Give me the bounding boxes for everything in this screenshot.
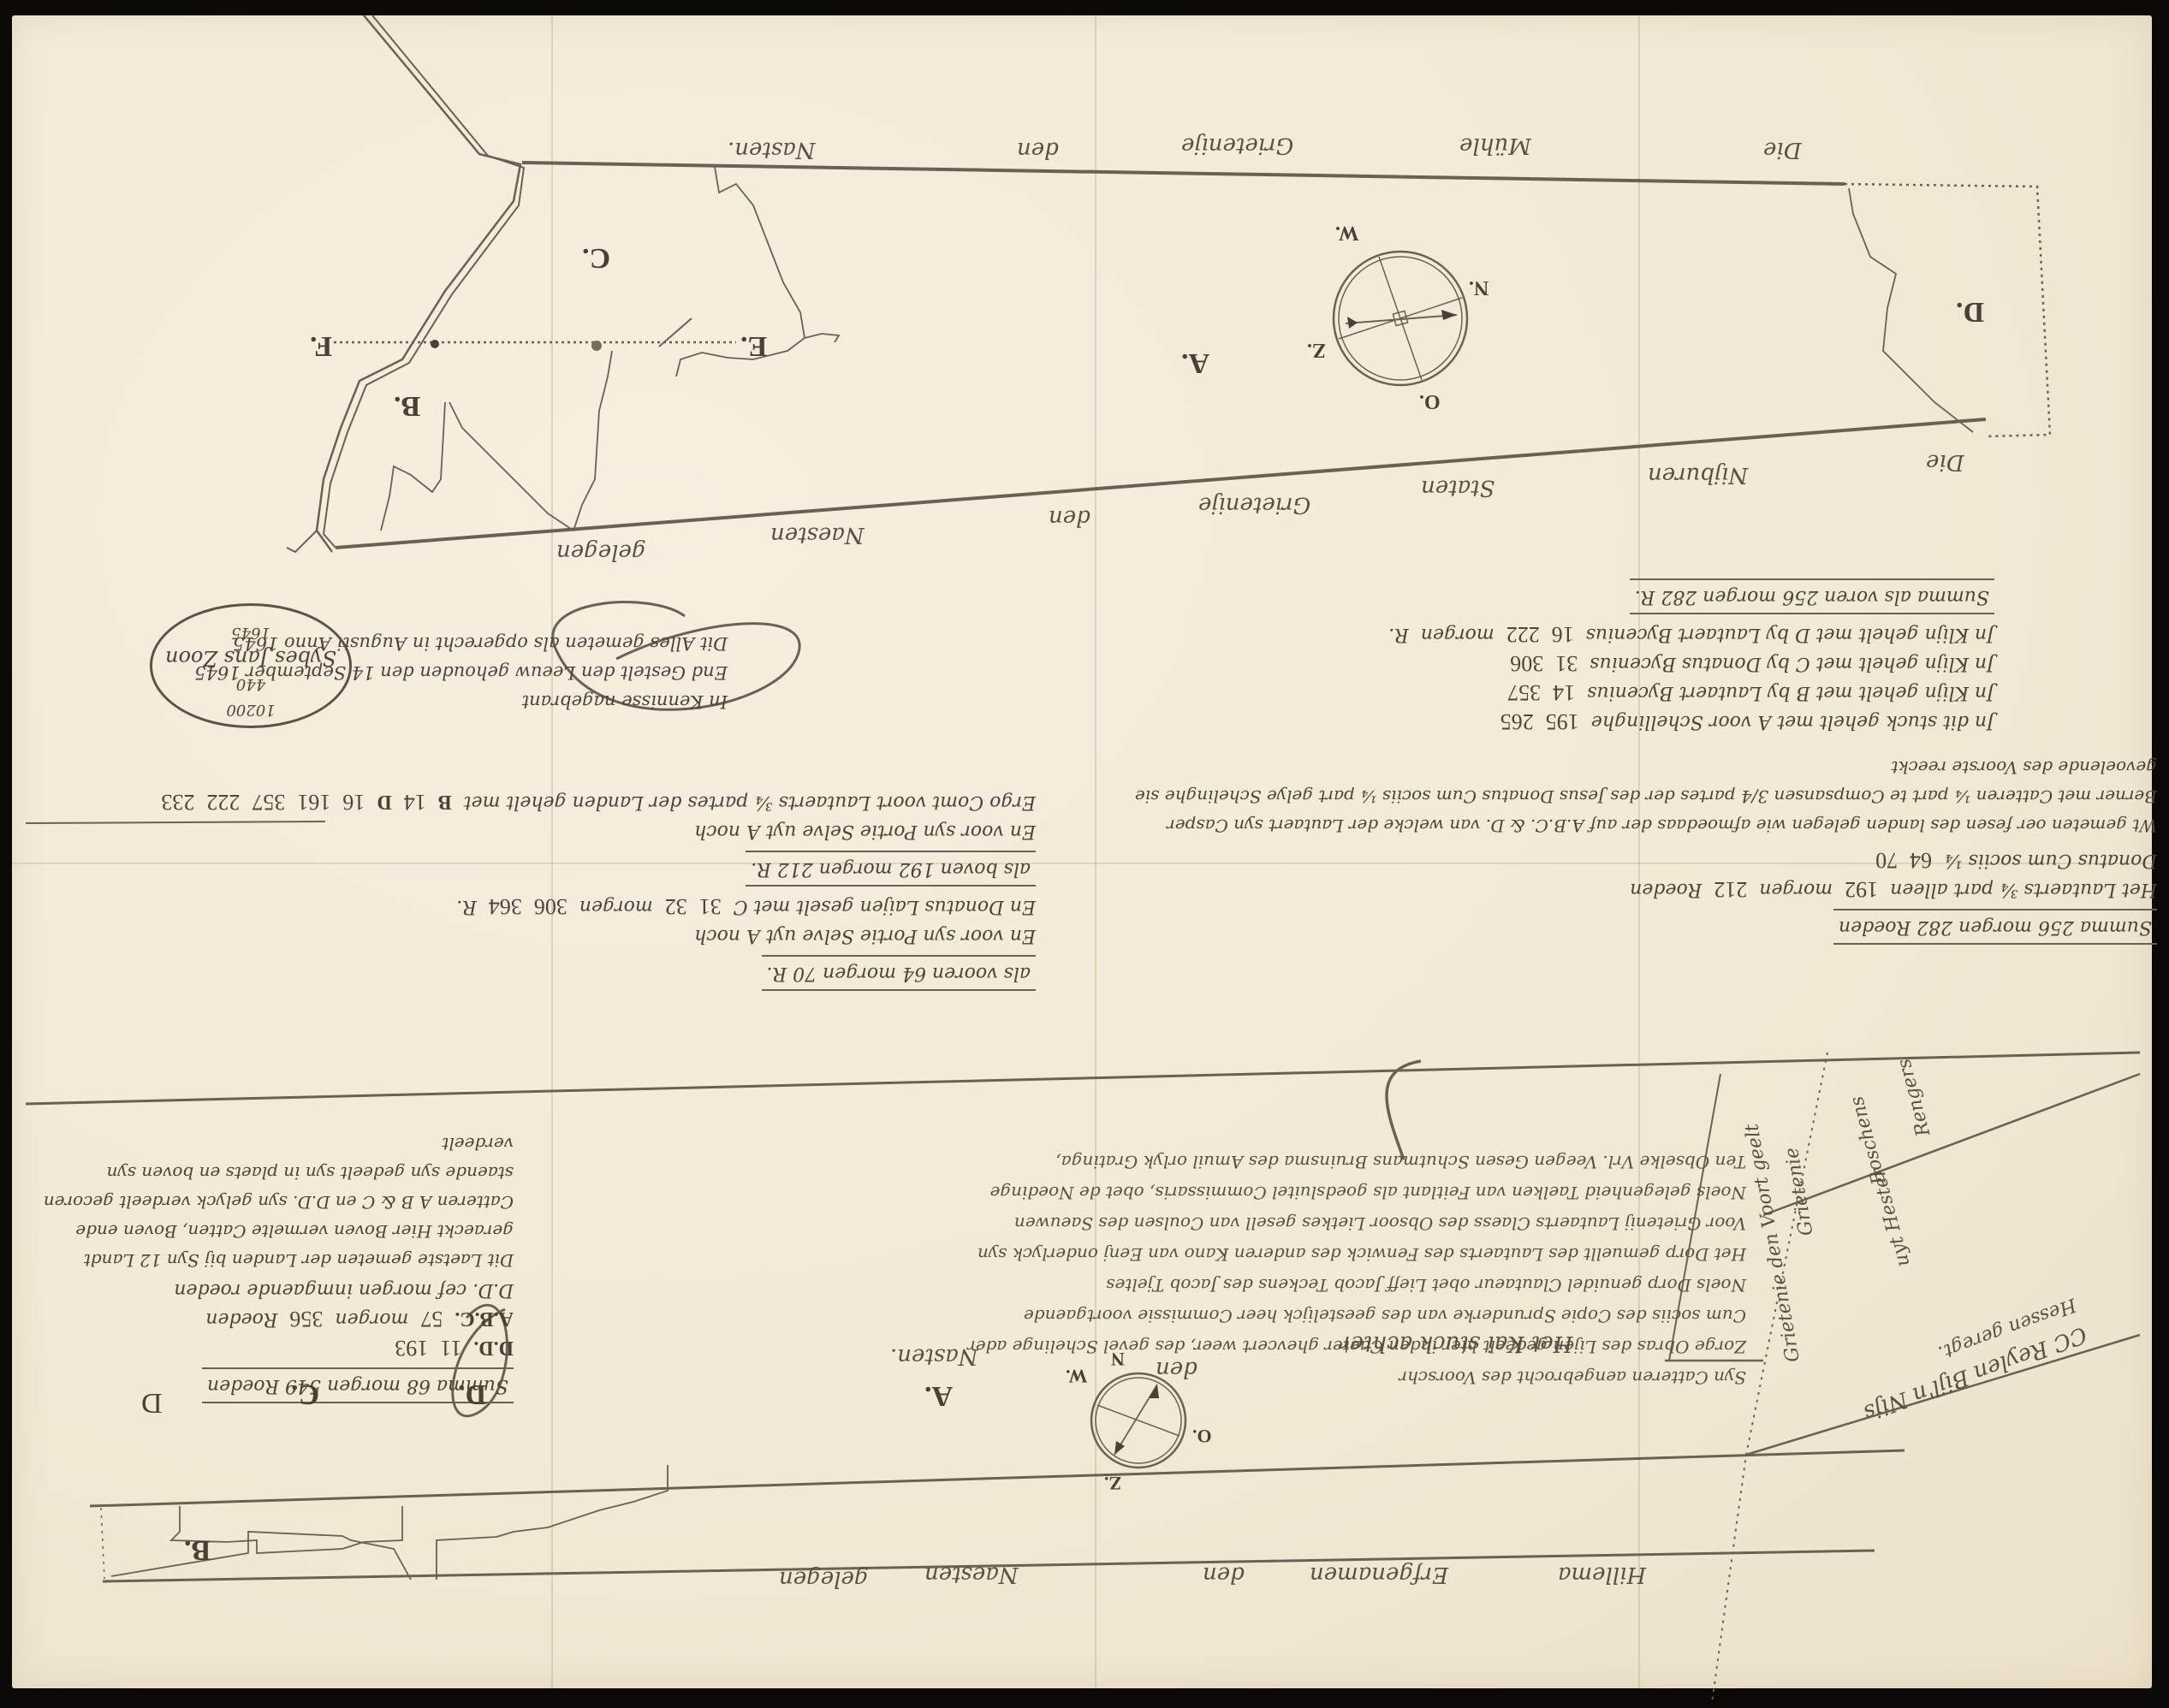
table-row: D.D. 11 193 <box>34 1333 514 1362</box>
unit-morgen: morgen <box>1759 875 1833 904</box>
parcel-ref: D.D. <box>473 1333 514 1362</box>
table-row: En Donatus Laijen geselt met C 31 32 mor… <box>26 892 1036 921</box>
morgen-value: 195 <box>1546 707 1579 736</box>
morgen-value: 14 <box>1553 678 1575 707</box>
unit-roeden: Roeden <box>205 1304 277 1333</box>
roeden-value: 193 <box>395 1333 428 1362</box>
intro-paragraph: Wt gemeten oer fesen des landen gelegen … <box>1104 753 2157 840</box>
roeden-value: 357 <box>252 787 285 816</box>
summary-total: Summa als voren 256 morgen 282 R. <box>1630 578 1994 614</box>
table-lower-summary: Summa 68 morgen 549 Roeden D.D. 11 193 A… <box>34 1130 514 1409</box>
roeden-value: 356 <box>289 1304 323 1333</box>
roeden-value: 265 <box>1500 707 1534 736</box>
morgen-value: 64 <box>1910 845 1932 875</box>
table-row: Het Lautaerts ¾ part alleen 192 morgen 2… <box>1104 875 2157 904</box>
row-label: Het Lautaerts ¾ part alleen <box>1890 875 2157 904</box>
compass-label-west: W. <box>1066 1365 1087 1387</box>
roeden-value: 222 <box>206 787 240 816</box>
border-label: gelegen <box>556 539 646 565</box>
morgen-value: 57 <box>420 1304 443 1333</box>
parcel-label-b: B. <box>394 389 420 422</box>
morgen-value: 31 <box>699 892 722 921</box>
border-label: Grietenije <box>1198 492 1310 518</box>
border-label: Grietenije <box>1181 133 1293 158</box>
table-row: Jn Klijn gehelt met C by Donatus Byceniu… <box>1104 649 1994 678</box>
parcel-label-d-secondary: D <box>141 1386 163 1419</box>
parcel-label-b: B. <box>184 1533 211 1566</box>
roeden-value: 306 <box>534 892 568 921</box>
border-label: Die <box>1926 449 1964 475</box>
morgen-value: 32 <box>665 892 687 921</box>
parcel-ref: B <box>438 787 452 816</box>
roeden-value: 70 <box>1875 845 1898 875</box>
border-label: Nasten. <box>728 137 815 163</box>
border-label: den <box>1203 1562 1245 1587</box>
table-row: Donatus Cum sociis ¼ 64 70 <box>1104 845 2157 875</box>
roeden-value: 364 <box>489 892 522 921</box>
paragraph-line: Cum sociis des Copie Sprunderke van des … <box>591 1301 1746 1331</box>
row-text: En voor syn Portie Selve uyt A noch <box>694 816 1036 845</box>
seal-year: 1645 <box>152 620 349 645</box>
border-label: den <box>1049 505 1090 531</box>
border-label: Erfgenamen <box>1310 1562 1448 1587</box>
unit-morgen: morgen <box>335 1304 408 1333</box>
parcel-label-d: D. <box>458 1378 486 1410</box>
table-portions: als vooren 64 morgen 70 R. En voor syn P… <box>26 787 1036 996</box>
row-label: Jn Klijn gehelt met B by Lautaert Byceni… <box>1587 678 1994 707</box>
border-label: Mühle <box>1459 133 1531 158</box>
table-row: Ergo Comt voort Lautaerts ¾ partes der L… <box>26 787 1036 816</box>
seal-sub-number: 440 <box>152 671 349 697</box>
text-paragraph: Dit Laetste gemeten der Landen bij Syn 1… <box>34 1130 514 1275</box>
parcel-label-a: A. <box>1181 347 1209 379</box>
table-row: A.B.C. 57 morgen 356 Roeden <box>34 1304 514 1333</box>
lower-map-title: Het Kai stuck achter <box>1340 1331 1572 1356</box>
table-share-division: Summa 256 morgen 282 Roeden Het Lautaert… <box>1104 753 2157 950</box>
parcel-label-e: E. <box>740 329 767 362</box>
border-label: Nasten. <box>890 1343 978 1369</box>
flourish <box>1387 1061 1421 1159</box>
morgen-value: 16 <box>342 787 365 816</box>
parcel-label-a: A. <box>924 1379 953 1412</box>
row-label: En Donatus Laijen geselt met C <box>734 892 1036 921</box>
row-text: En voor syn Portie Selve uyt A noch <box>694 921 1036 950</box>
border-label: Naesten <box>770 522 865 548</box>
seal-name: Sybes Jans Zoon <box>152 645 349 671</box>
border-label: Die <box>1763 137 1802 163</box>
parcel-ref: A.B.C. <box>455 1304 514 1333</box>
surveyor-seal: 10200 440 Sybes Jans Zoon 1645 <box>150 603 352 728</box>
table-row: Jn Klijn gehelt met D by Lautaert Byceni… <box>1104 620 1994 649</box>
paragraph-line: Het Dorp gemuellt des Lautaerts des Fenw… <box>591 1239 1746 1270</box>
unit-morgen: morgen <box>1421 620 1495 649</box>
table-area-summary-upper-right: Jn dit stuck gehelt met A voor Schelling… <box>1104 573 1994 736</box>
compass-label-north: N. <box>1469 276 1489 299</box>
paragraph-line: Ten Obselke Vrl. Veegen Gesen Schutmans … <box>591 1147 1746 1177</box>
row-label: Jn Klijn gehelt met C by Donatus Byceniu… <box>1590 649 1994 678</box>
compass-label-south: Z. <box>1307 338 1326 361</box>
paragraph-line: Noels Dorp genuidel Clautaeur obet Lieff… <box>591 1270 1746 1301</box>
table-row: Jn Klijn gehelt met B by Lautaert Byceni… <box>1104 678 1994 707</box>
roeden-value: 212 <box>1714 875 1747 904</box>
compass-label-north: N <box>1111 1348 1125 1370</box>
border-label: Hillema <box>1558 1562 1646 1587</box>
row-label: Donatus Cum sociis ¼ <box>1944 845 2157 875</box>
border-label: gelegen <box>779 1566 869 1592</box>
unit-roeden: Roeden <box>1630 875 1702 904</box>
morgen-value: 31 <box>1555 649 1578 678</box>
parcel-label-c: C. <box>582 241 610 274</box>
summary-total: als boven 192 morgen 212 R. <box>746 851 1036 887</box>
parcel-label-c: C. <box>291 1378 319 1410</box>
roeden-value: 306 <box>1510 649 1543 678</box>
roeden-value: 233 <box>161 787 194 816</box>
morgen-value: 192 <box>1845 875 1878 904</box>
roeden-value: 222 <box>1506 620 1540 649</box>
paragraph-line: Noels gelegenheid Taelken van Feitlant a… <box>591 1177 1746 1208</box>
compass-label-south: Z. <box>1104 1472 1121 1494</box>
unit-morgen: morgen <box>579 892 653 921</box>
summary-total: als vooren 64 morgen 70 R. <box>762 955 1036 991</box>
row-text: D.D. cef morgen inmgaende roeden <box>34 1275 514 1304</box>
seal-number: 10200 <box>152 697 349 722</box>
border-label: den <box>1017 137 1059 163</box>
compass-label-east: O. <box>1192 1425 1212 1447</box>
unit-roeden: R. <box>1388 620 1409 649</box>
summary-total: Summa 256 morgen 282 Roeden <box>1833 909 2157 945</box>
border-label: Naesten <box>924 1562 1019 1587</box>
parcel-ref: D <box>377 787 391 816</box>
border-label: Staten <box>1421 475 1495 501</box>
morgen-value: 11 <box>440 1333 461 1362</box>
row-label: Jn Klijn gehelt met D by Lautaert Byceni… <box>1586 620 1994 649</box>
morgen-value: 14 <box>404 787 426 816</box>
unit-roeden: R. <box>456 892 477 921</box>
row-label: Jn dit stuck gehelt met A voor Schelling… <box>1591 707 1994 736</box>
morgen-value: 161 <box>297 787 330 816</box>
parcel-label-d: D. <box>1956 295 1984 328</box>
compass-label-west: W. <box>1335 221 1359 244</box>
border-label: Nijburen <box>1648 462 1748 488</box>
table-row: Jn dit stuck gehelt met A voor Schelling… <box>1104 707 1994 736</box>
border-label: den <box>1156 1356 1197 1382</box>
morgen-value: 16 <box>1552 620 1574 649</box>
roeden-value: 357 <box>1507 678 1541 707</box>
compass-label-east: O. <box>1419 389 1441 412</box>
compass-rose-upper <box>1334 252 1467 385</box>
row-label: Ergo Comt voort Lautaerts ¾ partes der L… <box>464 787 1036 816</box>
paragraph-line: Voor Grietenij Lautaerts Claess des Obso… <box>591 1208 1746 1239</box>
parcel-label-f: F. <box>310 329 332 362</box>
upper-map <box>287 15 2050 552</box>
